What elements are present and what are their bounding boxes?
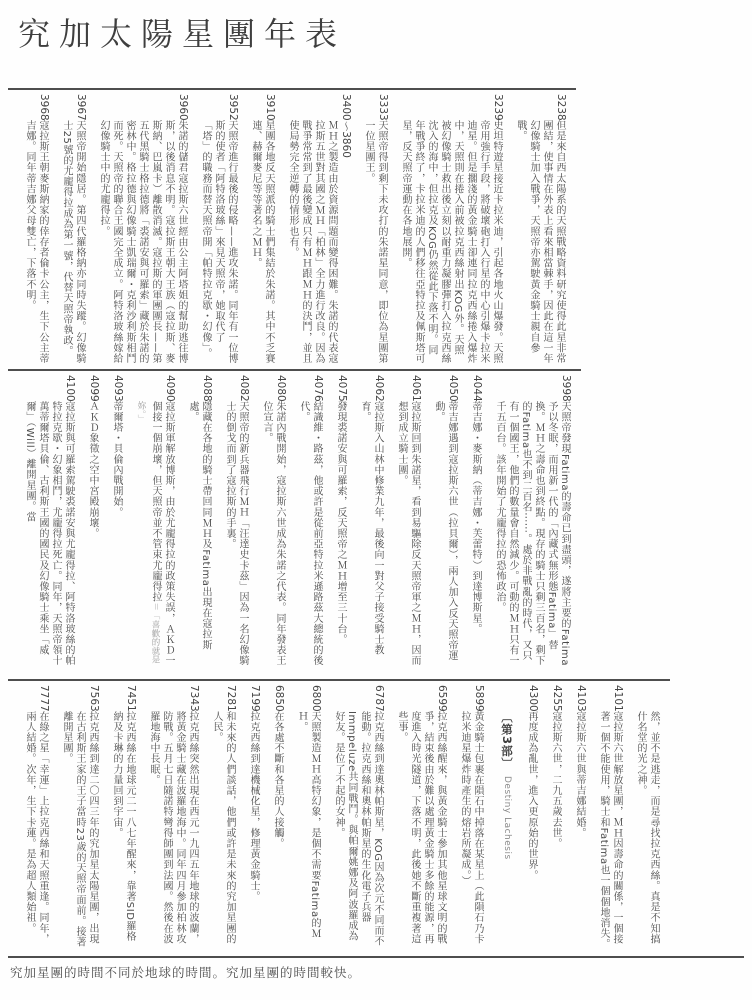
entry-text: 天照帝得到剩下未攻打的朱諾星同意，即位為星團第一位星團王。 — [363, 120, 387, 364]
entry-text: 然，並不是逃走，而是尋找拉克西絲。真是不知搞什名堂的光之神。 — [635, 711, 659, 944]
entry-year: 3952 — [226, 94, 239, 120]
timeline-entry: 3952天照帝進行最後的侵略——進攻朱諾。同年有一位博斯的使者「阿特洛玻絲」來見… — [199, 120, 238, 365]
entry-text: 天照帝的新兵器飛行ＭＨ「汪達史卡茲」因為一名幻像騎士的倒戈而到了寇拉斯的手裏。 — [224, 401, 248, 666]
timeline-entry: 7777在綠之星「幸運」上拉克西絲和天照重逢。同年，兩人結婚。次年，生下卡蓮。是… — [23, 711, 49, 952]
timeline-band-1: 3238但是來自西太陽系的天照戰略資料研究使得此星非常團結，使事情在外表上看來相… — [8, 88, 576, 369]
entry-text: 蒂吉娜遇到寇拉斯六世（拉貝爾），兩人加入反天照帝運動。 — [433, 401, 457, 661]
timeline-entry: 3998天照帝發現Fatima的壽命已到盡頭，遂將主要的Fatima予以冬眠，而… — [493, 401, 571, 669]
entry-year: 4090 — [163, 375, 176, 401]
entry-text: 在各處不斷和各星的人接觸。 — [272, 711, 283, 849]
timeline-entry: 3400〜3860ＭＨ之製造由於資源問題而變得困難。朱諾的代表寇拉斯五世對其國之… — [286, 120, 351, 365]
entry-year: 4255 — [550, 685, 563, 711]
timeline-entry: 3968寇拉斯王朝麥斯納家的倖存者倫卡公主，生下公主蒂吉娜。同年蒂吉娜父母雙亡，… — [23, 120, 49, 365]
entry-text: 寇拉斯回到朱諾星，看到易驅除反天照帝軍之ＭＨ，因而想到成立騎士團。 — [396, 401, 420, 666]
entry-text: 寇拉斯六世解放星團，ＭＨ因壽命的關係，一個接著一個不能使用，騎士和Fatima也… — [598, 711, 622, 950]
entry-year: 4080 — [274, 375, 287, 401]
entry-year: 4093 — [111, 375, 124, 401]
entry-text: 和未來的人們談話，他們或許是未來的究加星團的人民。 — [211, 711, 235, 944]
entry-text: 寇拉斯入山林中修業九年，最後向一對父子接受騎士教育。 — [359, 401, 383, 655]
entry-text: 史坦特遊星接近卡拉米迪，引起各地火山爆發。天照帝用強行手段，將破壞砲打入行星的中… — [400, 120, 502, 364]
entry-text: 朱諾的儲君寇拉斯六世經由公主阿塔姐的幫助逃往博斯，以後消息不明。寇拉斯王朝大王族… — [98, 120, 187, 364]
entry-year: 4100 — [63, 375, 76, 401]
entry-year: 4088 — [200, 375, 213, 401]
timeline-band-2: 3998天照帝發現Fatima的壽命已到盡頭，遂將主要的Fatima予以冬眠，而… — [8, 369, 581, 679]
chronology-page: 究加太陽星團年表 3238但是來自西太陽系的天照戰略資料研究使得此星非常團結，使… — [0, 0, 752, 981]
entry-text: 天照製造ＭＨ高特幻象，是個不需要Fatima的ＭＨ。 — [296, 711, 320, 939]
entry-text: 寇拉斯六世，二九五歲去世。 — [550, 711, 561, 849]
timeline-entry: 4044蒂吉娜・麥斯納（蒂吉娜・芙蕾特）到達博斯星。 — [469, 401, 482, 669]
entry-text: 黃金騎士包裹在隕石中掉落在某星上（此隕石乃卡拉米迪星爆炸時產生的熔岩所凝成。） — [459, 711, 483, 944]
entry-year: 7343 — [187, 685, 200, 711]
entry-year: 6850 — [272, 685, 285, 711]
part-label: 〔第3部〕 — [500, 711, 514, 770]
entry-year: 6599 — [435, 685, 448, 711]
timeline-entry: 3910星團各地反天照派的騎士們集結於朱諾。其中不乏賽連、赫爾麥尼等等著名之ＭＨ… — [249, 120, 275, 365]
entry-year: 4050 — [446, 375, 459, 401]
timeline-entry: 4076結識維・路茲，他或許是從前亞特拉米遜路茲大總統的後代。 — [297, 401, 323, 669]
timeline-entry: 3333天照帝得到剩下未攻打的朱諾星同意，即位為星團第一位星團王。 — [362, 120, 388, 365]
timeline-entry: 然，並不是逃走，而是尋找拉克西絲。真是不知搞什名堂的光之神。 — [634, 711, 660, 952]
entry-year: 3400〜3860 — [339, 94, 352, 184]
footnote: 究加星團的時間不同於地球的時間。究加星團的時間較快。 — [8, 956, 744, 981]
timeline-entry: 4093蒂爾塔・貝倫內戰開始。 — [110, 401, 123, 669]
timeline-entry: 4088隱藏在各地的騎士帶回同ＭＨ及Fatima出現在寇拉斯處。 — [186, 401, 212, 669]
timeline-entry: 6787拉克西絲到達奧林帕斯星，KOG因為次元不同而不能動。拉克西絲和奧林帕斯星… — [332, 711, 384, 952]
entry-text: 寇拉斯六世與蒂吉娜結婚。 — [574, 711, 585, 838]
entry-year: 3910 — [263, 94, 276, 120]
entry-year: 4076 — [311, 375, 324, 401]
entry-year: 3968 — [37, 94, 50, 120]
entry-text: 天照帝開始隱居。第四代羅格納亦同時失蹤。幻像騎士25號的尤龐得拉成為第一號，代替… — [61, 120, 85, 364]
entry-year: 3238 — [554, 94, 567, 120]
timeline-entry: 4099ＡＫＤ象徵之空中宮殿崩壞。 — [86, 401, 99, 669]
entry-text: 蒂爾塔・貝倫內戰開始。 — [111, 401, 122, 518]
entry-text: 隱藏在各地的騎士帶回同ＭＨ及Fatima出現在寇拉斯處。 — [187, 401, 211, 650]
entry-text: ＡＫＤ象徵之空中宮殿崩壞。 — [87, 401, 98, 539]
page-title: 究加太陽星團年表 — [18, 14, 744, 54]
entry-text: 拉克西絲突然出現在西元一九四五年地球的波蘭，將黃金騎士藏在波羅地海中。同年四月參… — [148, 711, 198, 944]
entry-text: 寇拉斯王朝麥斯納家的倖存者倫卡公主，生下公主蒂吉娜。同年蒂吉娜父母雙亡，下落不明… — [24, 120, 48, 364]
entry-text: 朱諾內戰開始，寇拉斯六世成為朱諾之代表。同年發表王位宣言。 — [261, 401, 285, 666]
part-divider: 〔第3部〕Destiny Lachesis — [500, 711, 514, 952]
timeline-entry: 4061寇拉斯回到朱諾星，看到易驅除反天照帝軍之ＭＨ，因而想到成立騎士團。 — [395, 401, 421, 669]
timeline-entry: 7281和未來的人們談話，他們或許是未來的究加星團的人民。 — [210, 711, 236, 952]
entry-text: 發現裘諾安與可羅索，反天照帝之ＭＨ增至三十台。 — [335, 401, 346, 645]
entry-text: 拉克西絲醒來，與黃金騎士參加其他星球文明的戰爭，結束後由於難以處理黃金騎士多餘的… — [396, 711, 446, 944]
entry-year: 3239 — [491, 94, 504, 120]
entry-text: 拉克西絲到達機械化星，修理黃金騎士。 — [248, 711, 259, 902]
timeline-entry: 4075發現裘諾安與可羅索，反天照帝之ＭＨ增至三十台。 — [334, 401, 347, 669]
entry-text: ＭＨ之製造由於資源問題而變得困難。朱諾的代表寇拉斯五世對其國之ＭＨ「柏林」全力進… — [287, 120, 337, 364]
timeline-entry: 3239史坦特遊星接近卡拉米迪，引起各地火山爆發。天照帝用強行手段，將破壞砲打入… — [399, 120, 503, 365]
timeline-entry: 4080朱諾內戰開始，寇拉斯六世成為朱諾之代表。同年發表王位宣言。 — [260, 401, 286, 669]
entry-year: 7199 — [248, 685, 261, 711]
timeline-entry: 4090寇拉斯軍解放博斯，由於尤龐得拉的政策失誤，ＡＫＤ一個接一個崩壞，但天照帝… — [134, 401, 175, 669]
timeline-entry: 6850在各處不斷和各星的人接觸。 — [271, 711, 284, 952]
entry-year: 4103 — [574, 685, 587, 711]
entry-text: 在綠之星「幸運」上拉克西絲和天照重逢。同年，兩人結婚。次年，生下卡蓮。是為超人類… — [24, 711, 48, 944]
entry-year: 6787 — [372, 685, 385, 711]
timeline-entry: 3960朱諾的儲君寇拉斯六世經由公主阿塔姐的幫助逃往博斯，以後消息不明。寇拉斯王… — [97, 120, 188, 365]
entry-text: 拉克西絲到達二〇四三年的究加星太陽星團，出現在古利斯王家的王子當時23歲的天照帝… — [61, 711, 98, 948]
entry-text: 天照帝進行最後的侵略——進攻朱諾。同年有一位博斯的使者「阿特洛玻絲」來見天照帝，… — [200, 120, 237, 364]
entry-year: 4099 — [87, 375, 100, 401]
entry-text: 但是來自西太陽系的天照戰略資料研究使得此星非常團結，使事情在外表上看來相當棘手，… — [515, 120, 565, 364]
timeline-entry: 7563拉克西絲到達二〇四三年的究加星太陽星團，出現在古利斯王家的王子當時23歲… — [60, 711, 99, 952]
entry-year: 4075 — [335, 375, 348, 401]
entry-year: 5899 — [472, 685, 485, 711]
entry-year: 7563 — [87, 685, 100, 711]
entry-year: 7281 — [224, 685, 237, 711]
timeline-entry: 7343拉克西絲突然出現在西元一九四五年地球的波蘭，將黃金騎士藏在波羅地海中。同… — [147, 711, 199, 952]
entry-year: 3333 — [376, 94, 389, 120]
timeline-entry: 7451拉克西絲在地球元二一八七年醒來，靠著SID羅格納及卡琳的力量回到宇宙。 — [110, 711, 136, 952]
entry-year: 6800 — [309, 685, 322, 711]
entry-text: 星團各地反天照派的騎士們集結於朱諾。其中不乏賽連、赫爾麥尼等等著名之ＭＨ。 — [250, 120, 274, 364]
timeline-entry: 4082天照帝的新兵器飛行ＭＨ「汪達史卡茲」因為一名幻像騎士的倒戈而到了寇拉斯的… — [223, 401, 249, 669]
entry-year: 4101 — [611, 685, 624, 711]
entry-year: 4062 — [372, 375, 385, 401]
entry-year: 4044 — [470, 375, 483, 401]
timeline-entry: 4050蒂吉娜遇到寇拉斯六世（拉貝爾），兩人加入反天照帝運動。 — [432, 401, 458, 669]
timeline-entry: 4255寇拉斯六世，二九五歲去世。 — [549, 711, 562, 952]
timeline-entry: 4103寇拉斯六世與蒂吉娜結婚。 — [573, 711, 586, 952]
entry-text: 寇拉斯與可羅索駕駛裘諾安與尤龐得拉、阿特洛玻絲的帕特拉克歇・幻象相鬥，尤龐得拉死… — [24, 401, 74, 666]
entry-text: 天照帝發現Fatima的壽命已到盡頭，遂將主要的Fatima予以冬眠，而用新一代… — [494, 401, 570, 666]
timeline-band-3: 然，並不是逃走，而是尋找拉克西絲。真是不知搞什名堂的光之神。4101寇拉斯六世解… — [8, 679, 670, 956]
entry-year: 4082 — [237, 375, 250, 401]
entry-year: 3967 — [74, 94, 87, 120]
timeline-entry: 5899黃金騎士包裹在隕石中掉落在某星上（此隕石乃卡拉米迪星爆炸時產生的熔岩所凝… — [458, 711, 484, 952]
timeline-entry: 4300再度成為亂世，進入更原始的世界。 — [525, 711, 538, 952]
timeline-entry: 7199拉克西絲到達機械化星，修理黃金騎士。 — [247, 711, 260, 952]
timeline-entry: 4062寇拉斯入山林中修業九年，最後向一對父子接受騎士教育。 — [358, 401, 384, 669]
timeline-entry: 3238但是來自西太陽系的天照戰略資料研究使得此星非常團結，使事情在外表上看來相… — [514, 120, 566, 365]
entry-text: 拉克西絲在地球元二一八七年醒來，靠著SID羅格納及卡琳的力量回到宇宙。 — [111, 711, 135, 942]
part-subtitle: Destiny Lachesis — [502, 776, 512, 860]
entry-year: 4300 — [526, 685, 539, 711]
timeline-entry: 6800天照製造ＭＨ高特幻象，是個不需要Fatima的ＭＨ。 — [295, 711, 321, 952]
timeline-entry: 3967天照帝開始隱居。第四代羅格納亦同時失蹤。幻像騎士25號的尤龐得拉成為第一… — [60, 120, 86, 365]
entry-year: 7451 — [124, 685, 137, 711]
timeline-entry: 6599拉克西絲醒來，與黃金騎士參加其他星球文明的戰爭，結束後由於難以處理黃金騎… — [395, 711, 447, 952]
entry-text: 蒂吉娜・麥斯納（蒂吉娜・芙蕾特）到達博斯星。 — [470, 401, 481, 634]
entry-year: 3960 — [176, 94, 189, 120]
timeline-entry: 4100寇拉斯與可羅索駕駛裘諾安與尤龐得拉、阿特洛玻絲的帕特拉克歇・幻象相鬥，尤… — [23, 401, 75, 669]
entry-year: 3998 — [559, 375, 572, 401]
entry-text: 拉克西絲到達奧林帕斯星，KOG因為次元不同而不能動。拉克西絲和奧林帕斯星的生化電… — [333, 711, 383, 946]
entry-year: 7777 — [37, 685, 50, 711]
entry-year: 4061 — [409, 375, 422, 401]
entry-text: 再度成為亂世，進入更原始的世界。 — [526, 711, 537, 881]
timeline-entry: 4101寇拉斯六世解放星團，ＭＨ因壽命的關係，一個接著一個不能使用，騎士和Fat… — [597, 711, 623, 952]
entry-text: 結識維・路茲，他或許是從前亞特拉米遜路茲大總統的後代。 — [298, 401, 322, 666]
